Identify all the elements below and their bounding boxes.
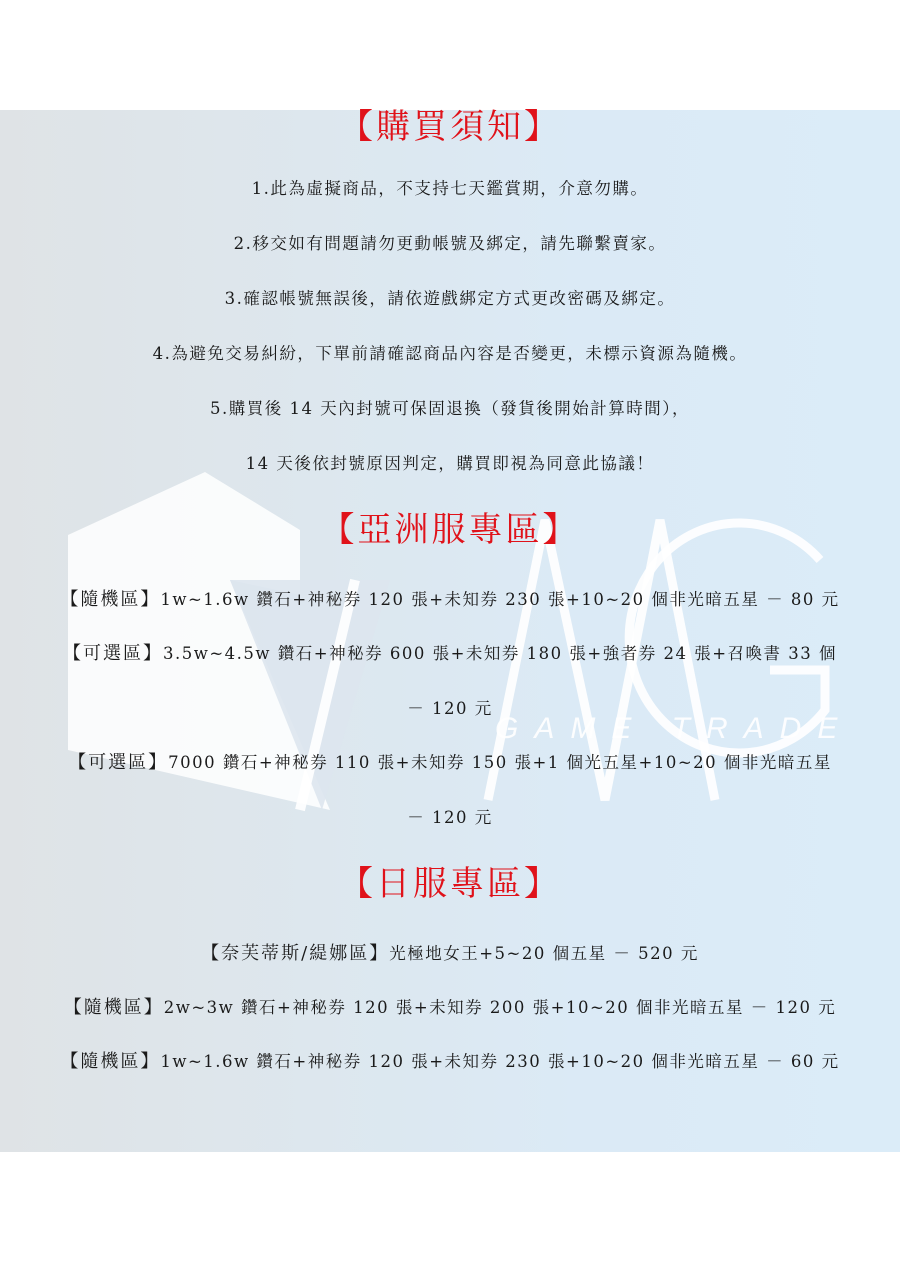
notice-item-5: 5.購買後 14 天內封號可保固退換（發貨後開始計算時間）， [0, 397, 900, 421]
listing-tag: 【隨機區】 [60, 589, 160, 610]
listing-tag: 【可選區】 [63, 643, 163, 664]
asia-listing-3: 【可選區】7000 鑽石+神秘券 110 張+未知券 150 張+1 個光五星+… [0, 751, 900, 775]
asia-listing-1: 【隨機區】1w~1.6w 鑽石+神秘券 120 張+未知券 230 張+10~2… [0, 588, 900, 612]
listing-description: 3.5w~4.5w 鑽石+神秘券 600 張+未知券 180 張+強者券 24 … [163, 644, 837, 663]
notice-item-4: 4.為避免交易糾紛，下單前請確認商品內容是否變更，未標示資源為隨機。 [0, 342, 900, 366]
asia-listing-2: 【可選區】3.5w~4.5w 鑽石+神秘券 600 張+未知券 180 張+強者… [0, 642, 900, 666]
purchase-notice-title: 【購買須知】 [0, 107, 900, 147]
listing-description: 2w~3w 鑽石+神秘券 120 張+未知券 200 張+10~20 個非光暗五… [164, 998, 837, 1017]
listing-description: 1w~1.6w 鑽石+神秘券 120 張+未知券 230 張+10~20 個非光… [160, 1052, 839, 1071]
notice-item-3: 3.確認帳號無誤後，請依遊戲綁定方式更改密碼及綁定。 [0, 287, 900, 311]
asia-server-title: 【亞洲服專區】 [0, 510, 900, 550]
asia-listing-2-price: － 120 元 [0, 697, 900, 721]
document-content: 【購買須知】 1.此為虛擬商品，不支持七天鑑賞期，介意勿購。 2.移交如有問題請… [0, 0, 900, 1273]
listing-tag: 【可選區】 [68, 752, 168, 773]
listing-description: 1w~1.6w 鑽石+神秘券 120 張+未知券 230 張+10~20 個非光… [160, 590, 839, 609]
listing-tag: 【隨機區】 [60, 1051, 160, 1072]
listing-description: 7000 鑽石+神秘券 110 張+未知券 150 張+1 個光五星+10~20… [168, 753, 832, 772]
notice-item-2: 2.移交如有問題請勿更動帳號及綁定，請先聯繫賣家。 [0, 232, 900, 256]
notice-item-1: 1.此為虛擬商品，不支持七天鑑賞期，介意勿購。 [0, 177, 900, 201]
japan-listing-3: 【隨機區】1w~1.6w 鑽石+神秘券 120 張+未知券 230 張+10~2… [0, 1050, 900, 1074]
notice-item-6: 14 天後依封號原因判定，購買即視為同意此協議！ [0, 452, 900, 476]
japan-listing-2: 【隨機區】2w~3w 鑽石+神秘券 120 張+未知券 200 張+10~20 … [0, 996, 900, 1020]
japan-server-title: 【日服專區】 [0, 864, 900, 904]
asia-listing-3-price: － 120 元 [0, 806, 900, 830]
listing-tag: 【隨機區】 [64, 997, 164, 1018]
listing-tag: 【奈芙蒂斯/緹娜區】 [201, 943, 389, 964]
japan-listing-1: 【奈芙蒂斯/緹娜區】光極地女王+5~20 個五星 － 520 元 [0, 942, 900, 966]
listing-description: 光極地女王+5~20 個五星 － 520 元 [389, 944, 699, 963]
